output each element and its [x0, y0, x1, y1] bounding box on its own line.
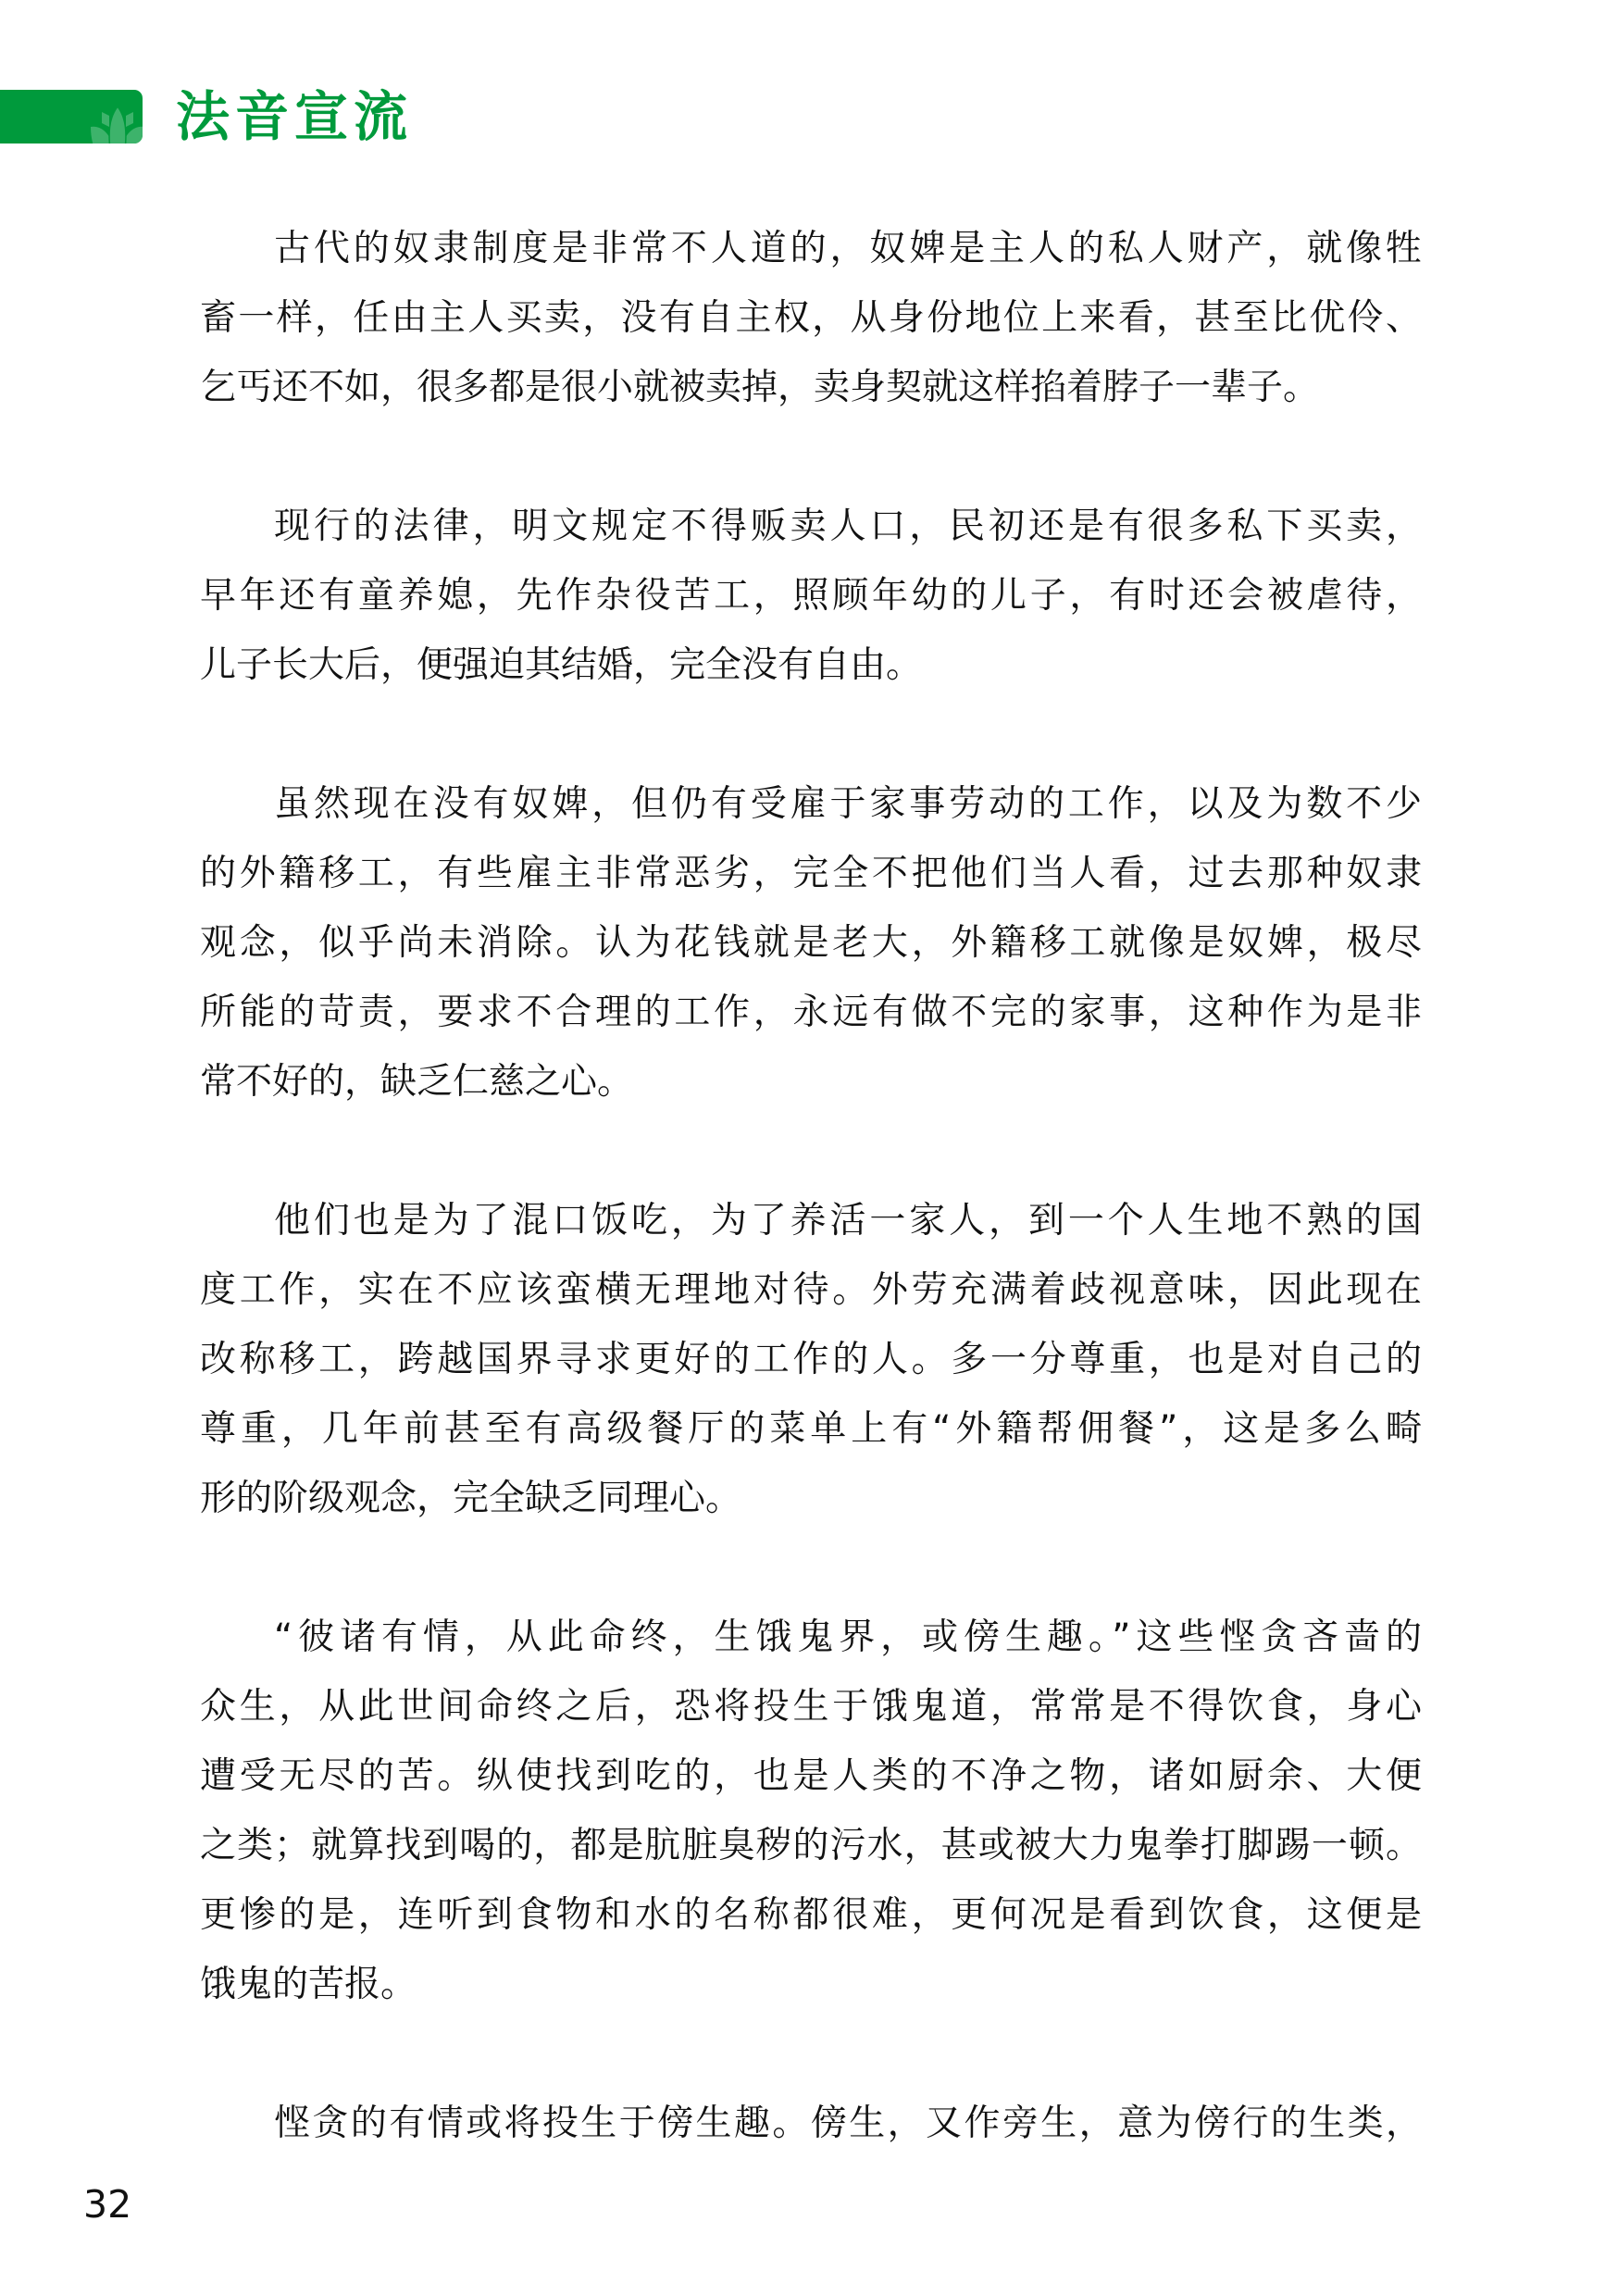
text-line: 他们也是为了混口饭吃，为了养活一家人，到一个人生地不熟的国: [200, 1186, 1422, 1255]
text-line: 虽然现在没有奴婢，但仍有受雇于家事劳动的工作，以及为数不少: [200, 769, 1422, 839]
text-line: 观念，似乎尚未消除。认为花钱就是老大，外籍移工就像是奴婢，极尽: [200, 908, 1422, 978]
paragraph-1: 古代的奴隶制度是非常不人道的，奴婢是主人的私人财产，就像牲 畜一样，任由主人买卖…: [200, 214, 1422, 422]
text-line: 之类；就算找到喝的，都是肮脏臭秽的污水，甚或被大力鬼拳打脚踢一顿。: [200, 1811, 1422, 1880]
article-body: 古代的奴隶制度是非常不人道的，奴婢是主人的私人财产，就像牲 畜一样，任由主人买卖…: [200, 214, 1422, 2227]
text-line: 尊重，几年前甚至有高级餐厅的菜单上有“外籍帮佣餐”，这是多么畸: [200, 1394, 1422, 1464]
paragraph-3: 虽然现在没有奴婢，但仍有受雇于家事劳动的工作，以及为数不少 的外籍移工，有些雇主…: [200, 769, 1422, 1117]
text-line: 悭贪的有情或将投生于傍生趣。傍生，又作旁生，意为傍行的生类，: [200, 2089, 1422, 2158]
text-line: 众生，从此世间命终之后，恐将投生于饿鬼道，常常是不得饮食，身心: [200, 1672, 1422, 1741]
section-title: 法音宣流: [176, 89, 413, 144]
text-line: 儿子长大后，便强迫其结婚，完全没有自由。: [200, 630, 1422, 700]
text-line: 早年还有童养媳，先作杂役苦工，照顾年幼的儿子，有时还会被虐待，: [200, 561, 1422, 630]
text-line: 更惨的是，连听到食物和水的名称都很难，更何况是看到饮食，这便是: [200, 1880, 1422, 1950]
text-line: 常不好的，缺乏仁慈之心。: [200, 1047, 1422, 1117]
text-line: 现行的法律，明文规定不得贩卖人口，民初还是有很多私下买卖，: [200, 492, 1422, 561]
page-number: 32: [83, 2183, 131, 2226]
text-line: 所能的苛责，要求不合理的工作，永远有做不完的家事，这种作为是非: [200, 978, 1422, 1047]
text-line: 畜一样，任由主人买卖，没有自主权，从身份地位上来看，甚至比优伶、: [200, 283, 1422, 353]
text-line: 乞丐还不如，很多都是很小就被卖掉，卖身契就这样掐着脖子一辈子。: [200, 353, 1422, 422]
section-header-bar: [0, 90, 143, 143]
paragraph-6: 悭贪的有情或将投生于傍生趣。傍生，又作旁生，意为傍行的生类，: [200, 2089, 1422, 2158]
paragraph-4: 他们也是为了混口饭吃，为了养活一家人，到一个人生地不熟的国 度工作，实在不应该蛮…: [200, 1186, 1422, 1533]
lotus-icon: [89, 99, 143, 143]
text-line: 古代的奴隶制度是非常不人道的，奴婢是主人的私人财产，就像牲: [200, 214, 1422, 283]
text-line: 饿鬼的苦报。: [200, 1950, 1422, 2019]
text-line: 的外籍移工，有些雇主非常恶劣，完全不把他们当人看，过去那种奴隶: [200, 839, 1422, 908]
paragraph-5: “彼诸有情，从此命终，生饿鬼界，或傍生趣。”这些悭贪吝啬的 众生，从此世间命终之…: [200, 1603, 1422, 2019]
text-line: “彼诸有情，从此命终，生饿鬼界，或傍生趣。”这些悭贪吝啬的: [200, 1603, 1422, 1672]
paragraph-2: 现行的法律，明文规定不得贩卖人口，民初还是有很多私下买卖， 早年还有童养媳，先作…: [200, 492, 1422, 700]
text-line: 遭受无尽的苦。纵使找到吃的，也是人类的不净之物，诸如厨余、大便: [200, 1741, 1422, 1811]
text-line: 度工作，实在不应该蛮横无理地对待。外劳充满着歧视意味，因此现在: [200, 1255, 1422, 1325]
text-line: 改称移工，跨越国界寻求更好的工作的人。多一分尊重，也是对自己的: [200, 1325, 1422, 1394]
text-line: 形的阶级观念，完全缺乏同理心。: [200, 1464, 1422, 1533]
